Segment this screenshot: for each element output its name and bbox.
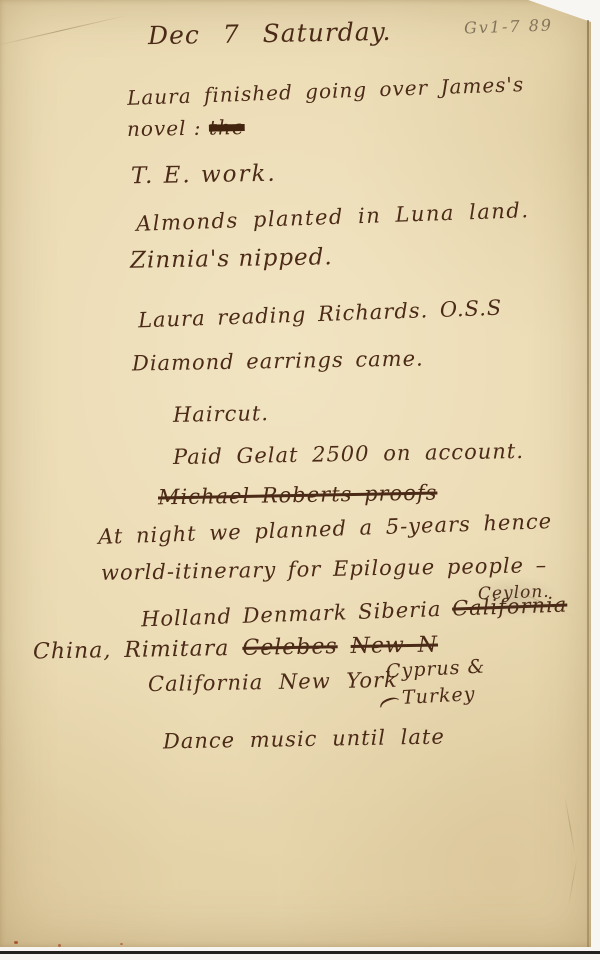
- diary-page-scan: Gv1-7 89 Dec 7 Saturday. Laura finished …: [0, 0, 591, 947]
- diary-text: Holland Denmark Siberia: [141, 597, 442, 631]
- archive-mark: Gv1-7 89: [464, 16, 554, 37]
- diary-line-earrings: Diamond earrings came.: [132, 347, 424, 375]
- diary-line-dance: Dance music until late: [163, 726, 445, 754]
- diary-line-reading: Laura reading Richards. O.S.S: [138, 297, 503, 333]
- crossed-out-line: Michael Roberts proofs: [158, 481, 438, 510]
- diary-line-novel-1: Laura finished going over James's: [127, 73, 525, 109]
- paper-smudge: [470, 575, 560, 620]
- scan-edge-line: [0, 951, 600, 954]
- diary-line-zinnias: Zinnia's nipped.: [130, 245, 333, 274]
- diary-line-planned-1: At night we planned a 5-years hence: [98, 510, 553, 549]
- diary-line-roberts-crossed-out: Michael Roberts proofs: [158, 482, 438, 510]
- diary-line-haircut: Haircut.: [173, 402, 269, 427]
- paper-speck: [58, 944, 61, 947]
- crossed-out-word: New N: [350, 632, 438, 659]
- crossed-out-word: the: [209, 115, 245, 140]
- insert-brace-mark: (: [375, 691, 400, 713]
- diary-line-te-work: T. E. work.: [131, 162, 277, 190]
- paper-right-edge: [587, 20, 589, 947]
- diary-text: novel :: [127, 116, 202, 141]
- diary-line-itinerary-3: California New York: [148, 669, 398, 696]
- paper-crease: [0, 15, 127, 46]
- diary-line-itinerary-2: China, Rimitara Celebes New N: [33, 633, 438, 664]
- inserted-word-turkey: Turkey: [402, 684, 476, 709]
- paper-speck: [14, 941, 18, 944]
- paper-crease: [564, 796, 575, 855]
- paper-speck: [120, 943, 123, 945]
- paper-crease: [568, 856, 578, 905]
- diary-line-planned-2: world-itinerary for Epilogue people –: [101, 554, 548, 585]
- inserted-word-cyprus: Cyprus &: [386, 656, 486, 682]
- diary-line-almonds: Almonds planted in Luna land.: [136, 199, 530, 236]
- date-heading: Dec 7 Saturday.: [148, 18, 392, 50]
- crossed-out-word: Celebes: [242, 634, 338, 661]
- diary-line-novel-2: novel : the: [127, 116, 245, 140]
- diary-text: China, Rimitara: [33, 636, 230, 664]
- diary-line-paid-gelat: Paid Gelat 2500 on account.: [173, 440, 524, 469]
